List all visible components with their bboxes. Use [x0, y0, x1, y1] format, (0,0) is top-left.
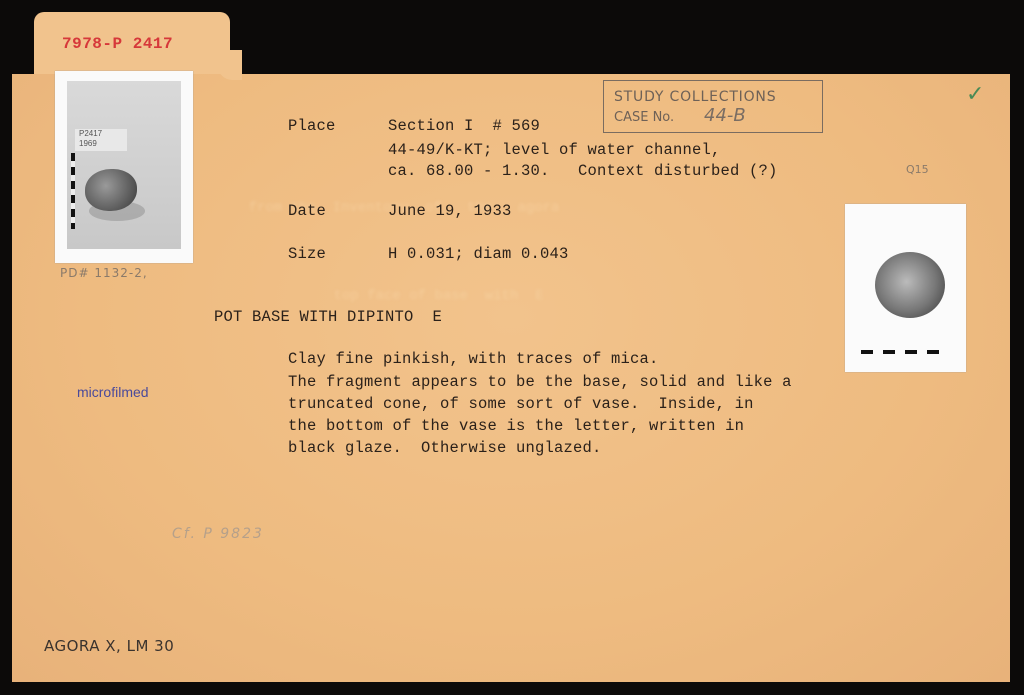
object-photo-left[interactable]: P24171969 — [55, 71, 193, 263]
catalog-number: 7978-P 2417 — [62, 35, 173, 53]
photo-caption: PD# 1132-2, — [60, 266, 148, 280]
stamp-line1: STUDY COLLECTIONS — [614, 89, 776, 105]
place-label: Place — [288, 117, 336, 135]
description-line: the bottom of the vase is the letter, wr… — [288, 417, 744, 435]
folder-tab-shoulder — [218, 50, 242, 80]
cross-reference: Cf. P 9823 — [172, 526, 264, 542]
object-title: POT BASE WITH DIPINTO E — [214, 308, 442, 326]
size-value: H 0.031; diam 0.043 — [388, 245, 569, 263]
photo-label: P24171969 — [75, 129, 127, 151]
bleed-through-text: top face of base with E — [300, 288, 544, 304]
size-label: Size — [288, 245, 326, 263]
place-line3: ca. 68.00 - 1.30. Context disturbed (?) — [388, 162, 778, 180]
stamp-line2: CASE No. — [614, 110, 674, 125]
scale-bar-icon — [71, 153, 75, 229]
description-line: black glaze. Otherwise unglazed. — [288, 439, 602, 457]
case-number: 44-B — [704, 105, 746, 126]
date-value: June 19, 1933 — [388, 202, 512, 220]
photo-background: P24171969 — [67, 81, 181, 249]
place-line2: 44-49/K-KT; level of water channel, — [388, 141, 721, 159]
object-photo-right[interactable] — [845, 204, 966, 372]
description-line: The fragment appears to be the base, sol… — [288, 373, 792, 391]
description-line: truncated cone, of some sort of vase. In… — [288, 395, 754, 413]
place-annotation: Q15 — [906, 163, 929, 176]
footer-reference: AGORA X, LM 30 — [44, 637, 174, 655]
description-line: Clay fine pinkish, with traces of mica. — [288, 350, 659, 368]
microfilmed-stamp: microfilmed — [77, 384, 149, 400]
checkmark-icon: ✓ — [966, 82, 984, 107]
dipinto-closeup-image — [875, 252, 945, 318]
study-collections-stamp: STUDY COLLECTIONS CASE No. 44-B — [603, 80, 823, 133]
date-label: Date — [288, 202, 326, 220]
place-line1: Section I # 569 — [388, 117, 540, 135]
scale-bar-icon — [861, 350, 949, 354]
pot-sherd-image — [85, 169, 137, 211]
